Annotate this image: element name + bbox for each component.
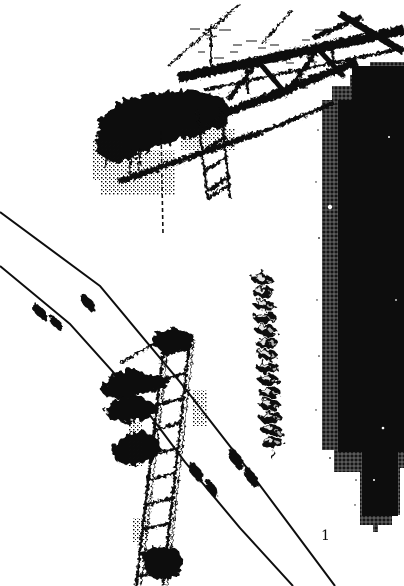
- stray-mark: 1: [321, 528, 330, 544]
- photograph: 1: [0, 0, 404, 586]
- scanned-page: 1: [0, 0, 404, 586]
- photo-canvas: 1: [0, 0, 404, 586]
